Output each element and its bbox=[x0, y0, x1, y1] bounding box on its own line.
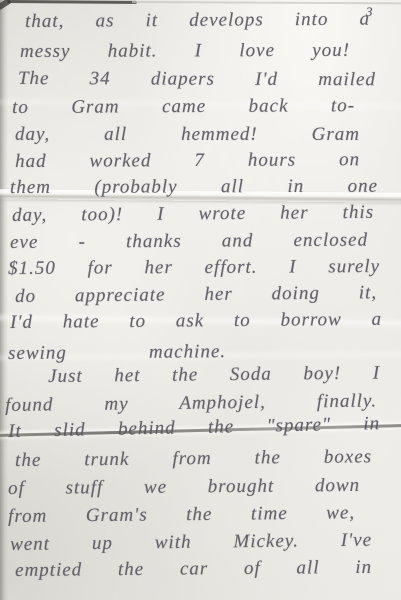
handwriting-line: day, too)! I wrote her this bbox=[12, 201, 374, 228]
handwriting-line: to Gram came back to- bbox=[12, 94, 355, 120]
handwriting-line: them (probably all in one bbox=[10, 175, 378, 200]
handwriting-line: I'd hate to ask to borrow a bbox=[10, 308, 382, 335]
handwriting-line: The 34 diapers I'd mailed bbox=[18, 67, 376, 92]
handwriting-line: sewing machine. bbox=[8, 340, 226, 366]
handwriting-line: went up with Mickey. I've bbox=[10, 529, 372, 557]
handwriting-line: $1.50 for her effort. I surely bbox=[8, 255, 380, 281]
handwriting-line: had worked 7 hours on bbox=[15, 148, 360, 174]
handwriting-line: messy habit. I love you! bbox=[20, 39, 350, 64]
handwriting-line: Just het the Soda boy! I bbox=[48, 362, 380, 389]
letter-page: 3 that, as it develops into amessy habit… bbox=[0, 0, 401, 600]
handwriting-line: that, as it develops into a bbox=[25, 8, 370, 34]
paper-top-edge-light bbox=[132, 1, 401, 4]
paper-top-edge-dark bbox=[7, 0, 137, 4]
paper-left-edge-shadow bbox=[0, 0, 8, 600]
handwriting-line: do appreciate her doing it, bbox=[15, 281, 377, 309]
handwriting-line: day, all hemmed! Gram bbox=[15, 123, 360, 147]
handwriting-line: of stuff we brought down bbox=[8, 474, 360, 501]
handwriting-line: eve - thanks and enclosed bbox=[10, 229, 368, 255]
handwriting-line: emptied the car of all in bbox=[15, 556, 372, 583]
handwriting-line: from Gram's the time we, bbox=[8, 501, 355, 529]
scanned-letter-photo: 3 that, as it develops into amessy habit… bbox=[0, 0, 401, 600]
handwriting-line: the trunk from the boxes bbox=[15, 445, 372, 473]
